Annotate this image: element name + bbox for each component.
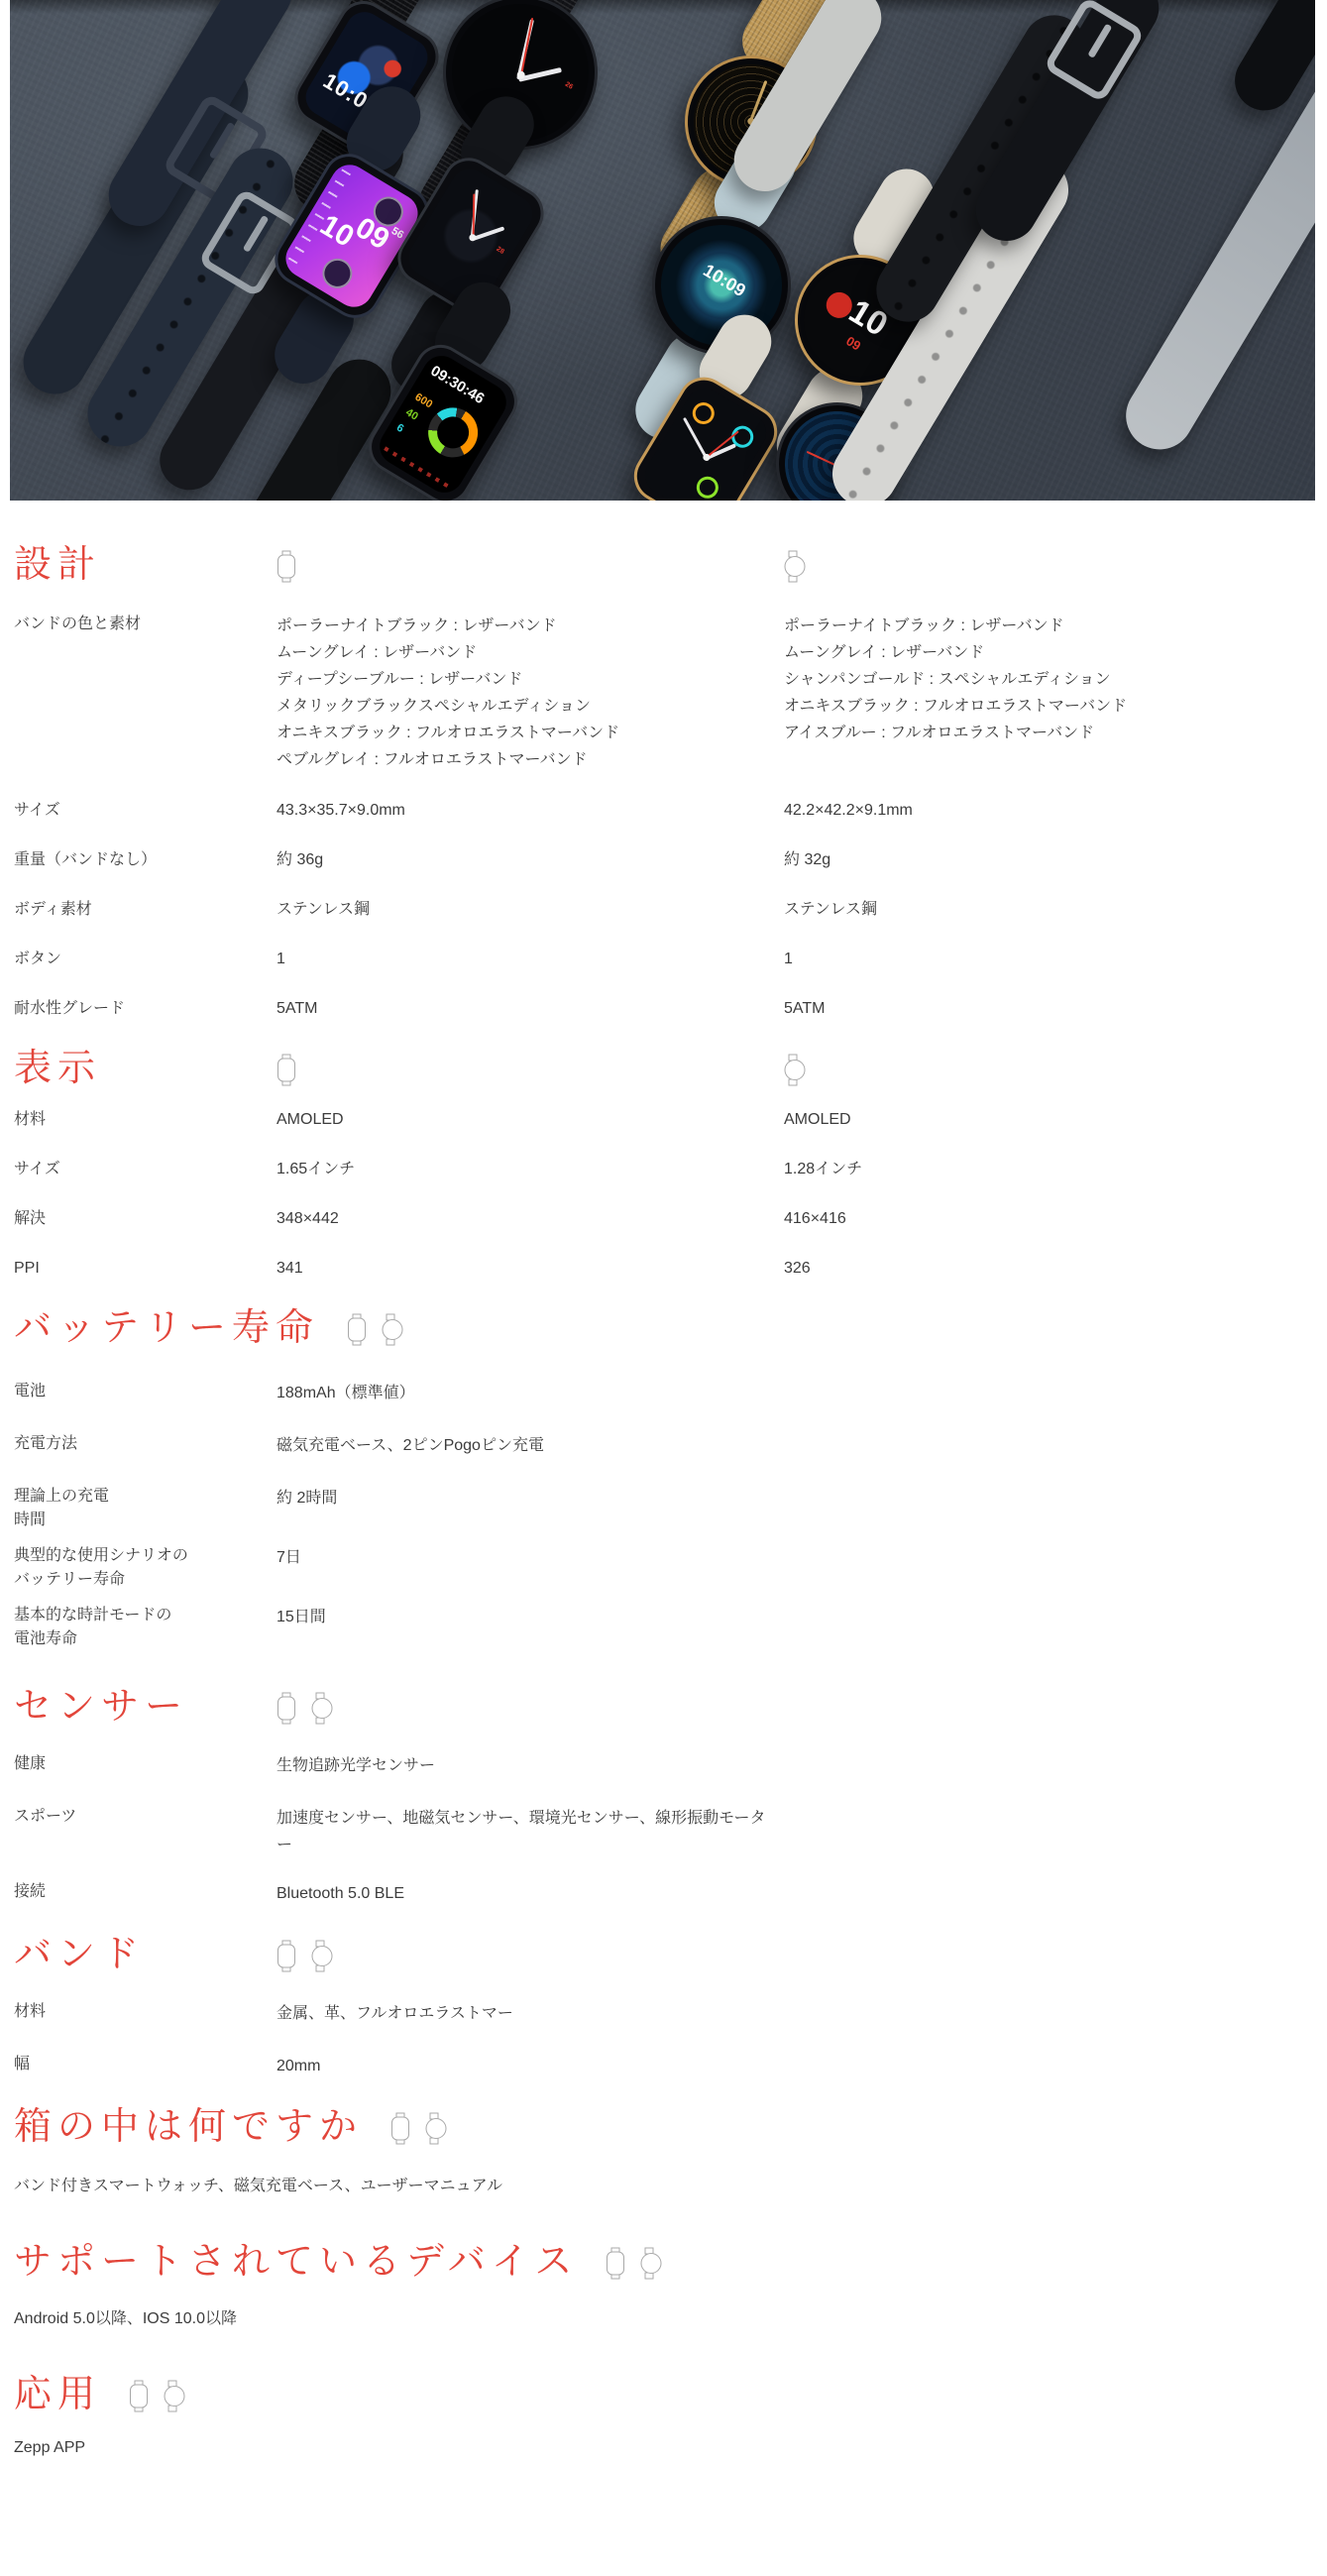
spec-row-basic-watch-mode: 基本的な時計モードの 電池寿命 15日間 — [0, 1604, 1327, 1651]
square-watch-icon — [276, 550, 784, 583]
square-watch-icon — [276, 1940, 296, 1972]
spec-value-col2: 1 — [784, 948, 1327, 971]
watch-icons — [276, 1692, 784, 1725]
spec-value-col2: 326 — [784, 1257, 1327, 1281]
spec-row-connection: 接続 Bluetooth 5.0 BLE — [0, 1880, 1327, 1907]
spec-label: ボディ素材 — [14, 898, 276, 922]
spec-row-buttons: ボタン 1 1 — [0, 948, 1327, 971]
section-title: 設計 — [14, 543, 276, 587]
spec-label: バンドの色と素材 — [14, 613, 276, 636]
spec-value: 加速度センサー、地磁気センサー、環境光センサー、線形振動モーター — [276, 1805, 772, 1858]
band-color-item: ムーングレイ : レザーバンド — [276, 639, 784, 666]
square-watch-icon — [129, 2380, 149, 2412]
spec-label: 健康 — [14, 1752, 276, 1776]
spec-row-band-colors: バンドの色と素材 ポーラーナイトブラック : レザーバンド ムーングレイ : レ… — [0, 613, 1327, 773]
supported-devices-value: Android 5.0以降、IOS 10.0以降 — [0, 2307, 1327, 2331]
spec-label: 理論上の充電 時間 — [14, 1485, 276, 1532]
spec-row-ppi: PPI 341 326 — [0, 1257, 1327, 1281]
watch-hand-second — [520, 18, 533, 74]
spec-value-col2: 5ATM — [784, 997, 1327, 1021]
spec-value-col1: AMOLED — [276, 1108, 784, 1132]
spec-row-sports: スポーツ 加速度センサー、地磁気センサー、環境光センサー、線形振動モーター — [0, 1805, 1327, 1858]
section-header-display: 表示 — [0, 1047, 1327, 1090]
round-watch-icon — [784, 550, 1327, 583]
watch-icons — [606, 2247, 664, 2280]
band-color-item: ムーングレイ : レザーバンド — [784, 639, 1327, 666]
band-color-item: オニキスブラック : フルオロエラストマーバンド — [784, 693, 1327, 720]
watch-icons — [276, 1940, 784, 1972]
spec-value-col2: ステンレス鋼 — [784, 898, 1327, 922]
spec-value: 磁気充電ベース、2ピンPogoピン充電 — [276, 1432, 772, 1459]
watch-icons — [347, 1313, 405, 1346]
section-header-battery: バッテリー寿命 — [0, 1306, 1327, 1350]
spec-value: 生物追跡光学センサー — [276, 1752, 772, 1779]
section-title: 箱の中は何ですか — [14, 2105, 363, 2149]
round-watch-icon — [311, 1940, 335, 1972]
spec-value: 約 2時間 — [276, 1485, 772, 1512]
spec-value: Bluetooth 5.0 BLE — [276, 1880, 772, 1907]
spec-value-col1: 5ATM — [276, 997, 784, 1021]
round-watch-icon — [425, 2112, 449, 2145]
section-design: 設計 バンドの色と素材 ポーラーナイトブラック : レザーバンド ムーングレイ … — [0, 543, 1327, 1021]
band-color-item: アイスブルー : フルオロエラストマーバンド — [784, 720, 1327, 746]
square-watch-icon — [390, 2112, 410, 2145]
round-watch-icon — [784, 1054, 1327, 1086]
spec-label: 基本的な時計モードの 電池寿命 — [14, 1604, 276, 1651]
spec-row-size: サイズ 43.3×35.7×9.0mm 42.2×42.2×9.1mm — [0, 799, 1327, 823]
section-sensors: センサー 健康 生物追跡光学センサー スポーツ 加速度センサー、地磁気センサー、… — [0, 1685, 1327, 1907]
section-title: 表示 — [14, 1047, 276, 1090]
buckle-prong — [208, 122, 235, 160]
spec-row-battery-capacity: 電池 188mAh（標準値） — [0, 1380, 1327, 1406]
spec-label: 材料 — [14, 2000, 276, 2024]
spec-value: 7日 — [276, 1544, 772, 1571]
spec-label: 幅 — [14, 2053, 276, 2076]
band-color-item: ペブルグレイ : フルオロエラストマーバンド — [276, 746, 784, 773]
spec-row-typical-battery-life: 典型的な使用シナリオの バッテリー寿命 7日 — [0, 1544, 1327, 1592]
section-header-supported-devices: サポートされているデバイス — [0, 2240, 1327, 2284]
spec-label: スポーツ — [14, 1805, 276, 1829]
spec-value-col1: 1.65インチ — [276, 1158, 784, 1181]
watch-face-date: 26 — [564, 81, 574, 91]
spec-value-col1: 43.3×35.7×9.0mm — [276, 799, 784, 823]
watch-icons — [390, 2112, 449, 2145]
round-watch-icon — [382, 1313, 405, 1346]
spec-label: 重量（バンドなし） — [14, 848, 276, 872]
spec-label: 解決 — [14, 1207, 276, 1231]
spec-value-col2: 42.2×42.2×9.1mm — [784, 799, 1327, 823]
section-supported-devices: サポートされているデバイス Android 5.0以降、IOS 10.0以降 — [0, 2240, 1327, 2331]
round-watch-icon — [311, 1692, 335, 1725]
band-color-item: シャンパンゴールド : スペシャルエディション — [784, 666, 1327, 693]
spec-value: 金属、革、フルオロエラストマー — [276, 2000, 772, 2027]
watch-subdial — [689, 398, 719, 428]
watch-face-steps: 600 — [412, 392, 433, 411]
spec-row-water-resistance: 耐水性グレード 5ATM 5ATM — [0, 997, 1327, 1021]
spec-value: 20mm — [276, 2053, 772, 2079]
watch-hand-hour — [472, 226, 504, 241]
spec-row-charging-time: 理論上の充電 時間 約 2時間 — [0, 1485, 1327, 1532]
watch-hand-second — [473, 194, 476, 238]
section-application: 応用 Zepp APP — [0, 2373, 1327, 2460]
application-value: Zepp APP — [0, 2436, 1327, 2460]
watch-face-date: 28 — [496, 246, 505, 256]
buckle-prong — [242, 215, 269, 253]
section-title: バッテリー寿命 — [14, 1306, 319, 1350]
section-title: 応用 — [14, 2373, 101, 2416]
spec-value-col1: ポーラーナイトブラック : レザーバンド ムーングレイ : レザーバンド ディー… — [276, 613, 784, 773]
section-display: 表示 材料 AMOLED AMOLED サイズ 1.65インチ 1.28インチ … — [0, 1047, 1327, 1281]
spec-value-col1: 約 36g — [276, 848, 784, 872]
round-watch-icon — [164, 2380, 187, 2412]
spec-value-col2: AMOLED — [784, 1108, 1327, 1132]
spec-value-col1: 1 — [276, 948, 784, 971]
spec-label: 典型的な使用シナリオの バッテリー寿命 — [14, 1544, 276, 1592]
band-color-item: ディープシーブルー : レザーバンド — [276, 666, 784, 693]
spec-row-weight: 重量（バンドなし） 約 36g 約 32g — [0, 848, 1327, 872]
watch-face-minute: 09 — [844, 334, 863, 353]
watch-face-badge — [317, 253, 358, 293]
spec-row-band-width: 幅 20mm — [0, 2053, 1327, 2079]
watch-face-time: 09:30:46 — [428, 363, 487, 406]
activity-ring-hole — [431, 410, 475, 454]
section-header-band: バンド — [0, 1933, 1327, 1976]
section-title: バンド — [14, 1933, 276, 1976]
spec-row-band-material: 材料 金属、革、フルオロエラストマー — [0, 2000, 1327, 2027]
band-color-item: ポーラーナイトブラック : レザーバンド — [276, 613, 784, 639]
spec-label: サイズ — [14, 799, 276, 823]
section-title: センサー — [14, 1685, 276, 1729]
watch-hand-cap — [468, 233, 478, 243]
hero-photo: 10:09 26 10 09 56 — [10, 0, 1315, 501]
spec-value: 15日間 — [276, 1604, 772, 1630]
watch-subdial — [693, 473, 722, 501]
section-title: サポートされているデバイス — [14, 2240, 578, 2284]
spec-label: 材料 — [14, 1108, 276, 1132]
buckle-prong — [1087, 23, 1112, 58]
spec-value-col2: 1.28インチ — [784, 1158, 1327, 1181]
spec-row-material: 材料 AMOLED AMOLED — [0, 1108, 1327, 1132]
spec-label: 電池 — [14, 1380, 276, 1403]
band-color-item: ポーラーナイトブラック : レザーバンド — [784, 613, 1327, 639]
spec-value-col1: 341 — [276, 1257, 784, 1281]
watch-face-minutes: 40 — [403, 407, 419, 423]
section-header-sensors: センサー — [0, 1685, 1327, 1729]
square-watch-icon — [276, 1692, 296, 1725]
spec-label: サイズ — [14, 1158, 276, 1181]
section-header-design: 設計 — [0, 543, 1327, 587]
square-watch-icon — [347, 1313, 367, 1346]
spec-row-charging-method: 充電方法 磁気充電ベース、2ピンPogoピン充電 — [0, 1432, 1327, 1459]
spec-label: 接続 — [14, 1880, 276, 1904]
band-color-item: メタリックブラックスペシャルエディション — [276, 693, 784, 720]
spec-value-col2: 416×416 — [784, 1207, 1327, 1231]
spec-row-health: 健康 生物追跡光学センサー — [0, 1752, 1327, 1779]
round-watch-icon — [640, 2247, 664, 2280]
spec-row-resolution: 解決 348×442 416×416 — [0, 1207, 1327, 1231]
section-band: バンド 材料 金属、革、フルオロエラストマー 幅 20mm — [0, 1933, 1327, 2079]
watch-icons — [129, 2380, 187, 2412]
watch-face-time: 10:09 — [701, 261, 749, 299]
square-watch-icon — [606, 2247, 625, 2280]
band-color-item: オニキスブラック : フルオロエラストマーバンド — [276, 720, 784, 746]
section-battery: バッテリー寿命 電池 188mAh（標準値） 充電方法 磁気充電ベース、2ピンP… — [0, 1306, 1327, 1651]
watch-face-hours: 6 — [394, 422, 405, 435]
spec-row-screen-size: サイズ 1.65インチ 1.28インチ — [0, 1158, 1327, 1181]
section-in-the-box: 箱の中は何ですか バンド付きスマートウォッチ、磁気充電ベース、ユーザーマニュアル — [0, 2105, 1327, 2198]
spec-label: 耐水性グレード — [14, 997, 276, 1021]
spec-value-col2: ポーラーナイトブラック : レザーバンド ムーングレイ : レザーバンド シャン… — [784, 613, 1327, 746]
spec-label: PPI — [14, 1257, 276, 1281]
in-the-box-contents: バンド付きスマートウォッチ、磁気充電ベース、ユーザーマニュアル — [0, 2175, 1327, 2198]
spec-value-col1: ステンレス鋼 — [276, 898, 784, 922]
spec-value-col2: 約 32g — [784, 848, 1327, 872]
spec-value: 188mAh（標準値） — [276, 1380, 772, 1406]
section-header-application: 応用 — [0, 2373, 1327, 2416]
spec-row-body-material: ボディ素材 ステンレス鋼 ステンレス鋼 — [0, 898, 1327, 922]
spec-label: ボタン — [14, 948, 276, 971]
square-watch-icon — [276, 1054, 784, 1086]
spec-label: 充電方法 — [14, 1432, 276, 1456]
spec-value-col1: 348×442 — [276, 1207, 784, 1231]
section-header-in-the-box: 箱の中は何ですか — [0, 2105, 1327, 2149]
